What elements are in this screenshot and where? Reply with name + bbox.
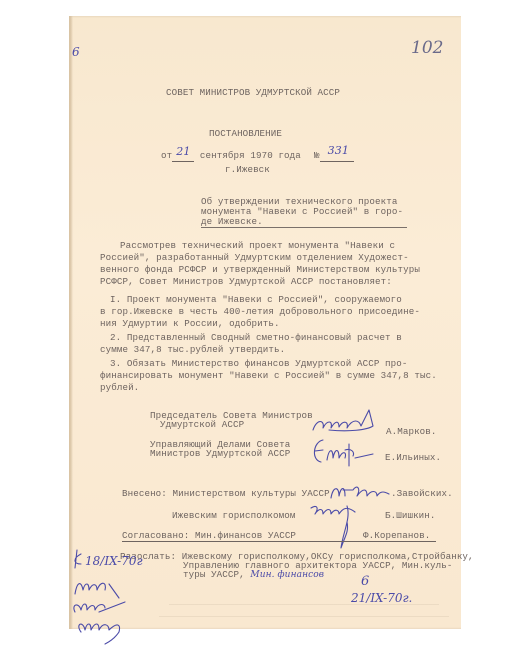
preamble-line-4: РСФСР, Совет Министров Удмуртской АССР п…: [100, 276, 392, 287]
preamble-line-2: Россией", разработанный Удмуртским отдел…: [100, 252, 409, 263]
agreed-name: Ф.Корепанов.: [363, 530, 430, 541]
item-3-line-3: рублей.: [100, 382, 139, 393]
introduced-name-2: Б.Шишкин.: [385, 510, 436, 521]
preamble-line-3: венного фонда РСФСР и утвержденный Минис…: [100, 264, 420, 275]
subject-underline: [201, 227, 407, 228]
signer-1-name: А.Марков.: [386, 426, 437, 437]
distribution-text-3: туры УАССР,: [183, 569, 245, 580]
handwritten-margin-signatures: [69, 546, 139, 642]
item-2-line-2: сумме 347,8 тыс.рублей утвердить.: [100, 344, 285, 355]
agreed-label: Согласовано:: [122, 530, 189, 541]
item-3-line-2: финансировать монумент "Навеки с Россией…: [100, 370, 437, 381]
date-line: от21 сентября 1970 года: [161, 150, 301, 162]
signature-markov: [309, 408, 379, 438]
organization-title: СОВЕТ МИНИСТРОВ УДМУРТСКОЙ АССР: [166, 87, 340, 98]
introduced-org-1: Министерством культуры УАССР: [173, 488, 330, 499]
corner-mark: 6: [72, 45, 80, 59]
number-field: 331: [320, 150, 354, 162]
handwritten-right-date: 21/IX-70г.: [351, 591, 412, 605]
bleed-through-line: [159, 616, 449, 617]
distribution-handwritten: Мин. финансов: [250, 570, 324, 580]
item-1-line-3: ния Удмуртии к России, одобрить.: [100, 318, 280, 329]
signer-2-name: Е.Ильиных.: [385, 452, 441, 463]
date-prefix: от: [161, 150, 172, 161]
signer-2-title-2: Министров Удмуртской АССР: [150, 448, 290, 459]
distribution-line-3: туры УАССР, Мин. финансов: [183, 569, 324, 581]
introduced-label: Внесено:: [122, 488, 167, 499]
bleed-through-line: [169, 604, 439, 605]
item-3-line-1: 3. Обязать Министерство финансов Удмуртс…: [110, 358, 408, 369]
handwritten-right-mark: 6: [361, 574, 369, 589]
city: г.Ижевск: [225, 164, 270, 175]
introduced-line-1: Внесено: Министерством культуры УАССР: [122, 488, 330, 499]
introduced-name-1: .Завойских.: [391, 488, 453, 499]
number-line: №331: [314, 150, 354, 162]
page-number: 102: [411, 38, 443, 58]
subject-line-3: де Ижевске.: [201, 216, 263, 227]
item-2-line-1: 2. Представленный Сводный сметно-финансо…: [110, 332, 402, 343]
doc-type-title: ПОСТАНОВЛЕНИЕ: [209, 128, 282, 139]
doc-number: 331: [328, 145, 349, 156]
introduced-org-2: Ижевским горисполкомом: [172, 510, 296, 521]
signature-zavoiskikh: [327, 480, 393, 502]
item-1-line-1: I. Проект монумента "Навеки с Россией", …: [110, 294, 402, 305]
date-day-field: 21: [172, 150, 194, 162]
item-1-line-2: в гор.Ижевске в честь 400-летия добровол…: [100, 306, 420, 317]
preamble-line-1: Рассмотрев технический проект монумента …: [120, 240, 395, 251]
document-page: 6 102 СОВЕТ МИНИСТРОВ УДМУРТСКОЙ АССР ПО…: [69, 16, 461, 629]
signature-shishkin: [307, 502, 367, 552]
signer-1-title-2: Удмуртской АССР: [160, 419, 244, 430]
date-rest: сентября 1970 года: [200, 150, 301, 161]
signature-ilinykh: [309, 436, 379, 468]
date-day: 21: [176, 146, 190, 157]
agreed-org: Мин.финансов УАССР: [195, 530, 296, 541]
